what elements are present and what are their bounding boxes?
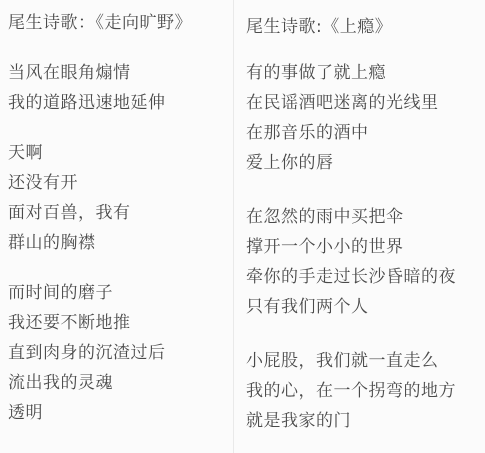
left-poem-column: 尾生诗歌：《走向旷野》 当风在眼角煽情我的道路迅速地延伸天啊还没有开面对百兽，我… [0,0,234,453]
poem-line: 在民谣酒吧迷离的光线里 [246,88,485,118]
stanza: 天啊还没有开面对百兽，我有群山的胸襟 [8,138,234,258]
poem-line: 我还要不断地推 [8,308,234,338]
left-poem-title: 尾生诗歌：《走向旷野》 [8,8,234,38]
poem-line: 而时间的磨子 [8,278,234,308]
stanza: 有的事做了就上瘾在民谣酒吧迷离的光线里在那音乐的酒中爱上你的唇 [246,58,485,178]
poem-line: 我的道路迅速地延伸 [8,88,234,118]
stanza: 而时间的磨子我还要不断地推直到肉身的沉渣过后流出我的灵魂透明 [8,278,234,428]
poem-line: 我的心，在一个拐弯的地方 [246,376,485,406]
stanza: 小屁股，我们就一直走么我的心，在一个拐弯的地方就是我家的门 [246,346,485,436]
poem-line: 当风在眼角煽情 [8,58,234,88]
poem-line: 还没有开 [8,168,234,198]
stanza: 在忽然的雨中买把伞撑开一个小小的世界牵你的手走过长沙昏暗的夜只有我们两个人 [246,202,485,322]
poem-line: 在忽然的雨中买把伞 [246,202,485,232]
right-poem-title: 尾生诗歌:《上瘾》 [246,12,485,42]
poem-comparison-page: 尾生诗歌：《走向旷野》 当风在眼角煽情我的道路迅速地延伸天啊还没有开面对百兽，我… [0,0,485,453]
left-poem-body: 当风在眼角煽情我的道路迅速地延伸天啊还没有开面对百兽，我有群山的胸襟而时间的磨子… [8,58,234,428]
poem-line: 撑开一个小小的世界 [246,232,485,262]
poem-line: 群山的胸襟 [8,228,234,258]
poem-line: 流出我的灵魂 [8,368,234,398]
poem-line: 小屁股，我们就一直走么 [246,346,485,376]
poem-line: 就是我家的门 [246,406,485,436]
poem-line: 在那音乐的酒中 [246,118,485,148]
poem-line: 爱上你的唇 [246,148,485,178]
poem-line: 天啊 [8,138,234,168]
poem-line: 透明 [8,398,234,428]
right-poem-column: 尾生诗歌:《上瘾》 有的事做了就上瘾在民谣酒吧迷离的光线里在那音乐的酒中爱上你的… [234,0,485,453]
right-poem-body: 有的事做了就上瘾在民谣酒吧迷离的光线里在那音乐的酒中爱上你的唇在忽然的雨中买把伞… [246,58,485,436]
poem-line: 面对百兽，我有 [8,198,234,228]
column-divider [233,0,234,453]
poem-line: 只有我们两个人 [246,292,485,322]
poem-line: 有的事做了就上瘾 [246,58,485,88]
stanza: 当风在眼角煽情我的道路迅速地延伸 [8,58,234,118]
poem-line: 直到肉身的沉渣过后 [8,338,234,368]
poem-line: 牵你的手走过长沙昏暗的夜 [246,262,485,292]
